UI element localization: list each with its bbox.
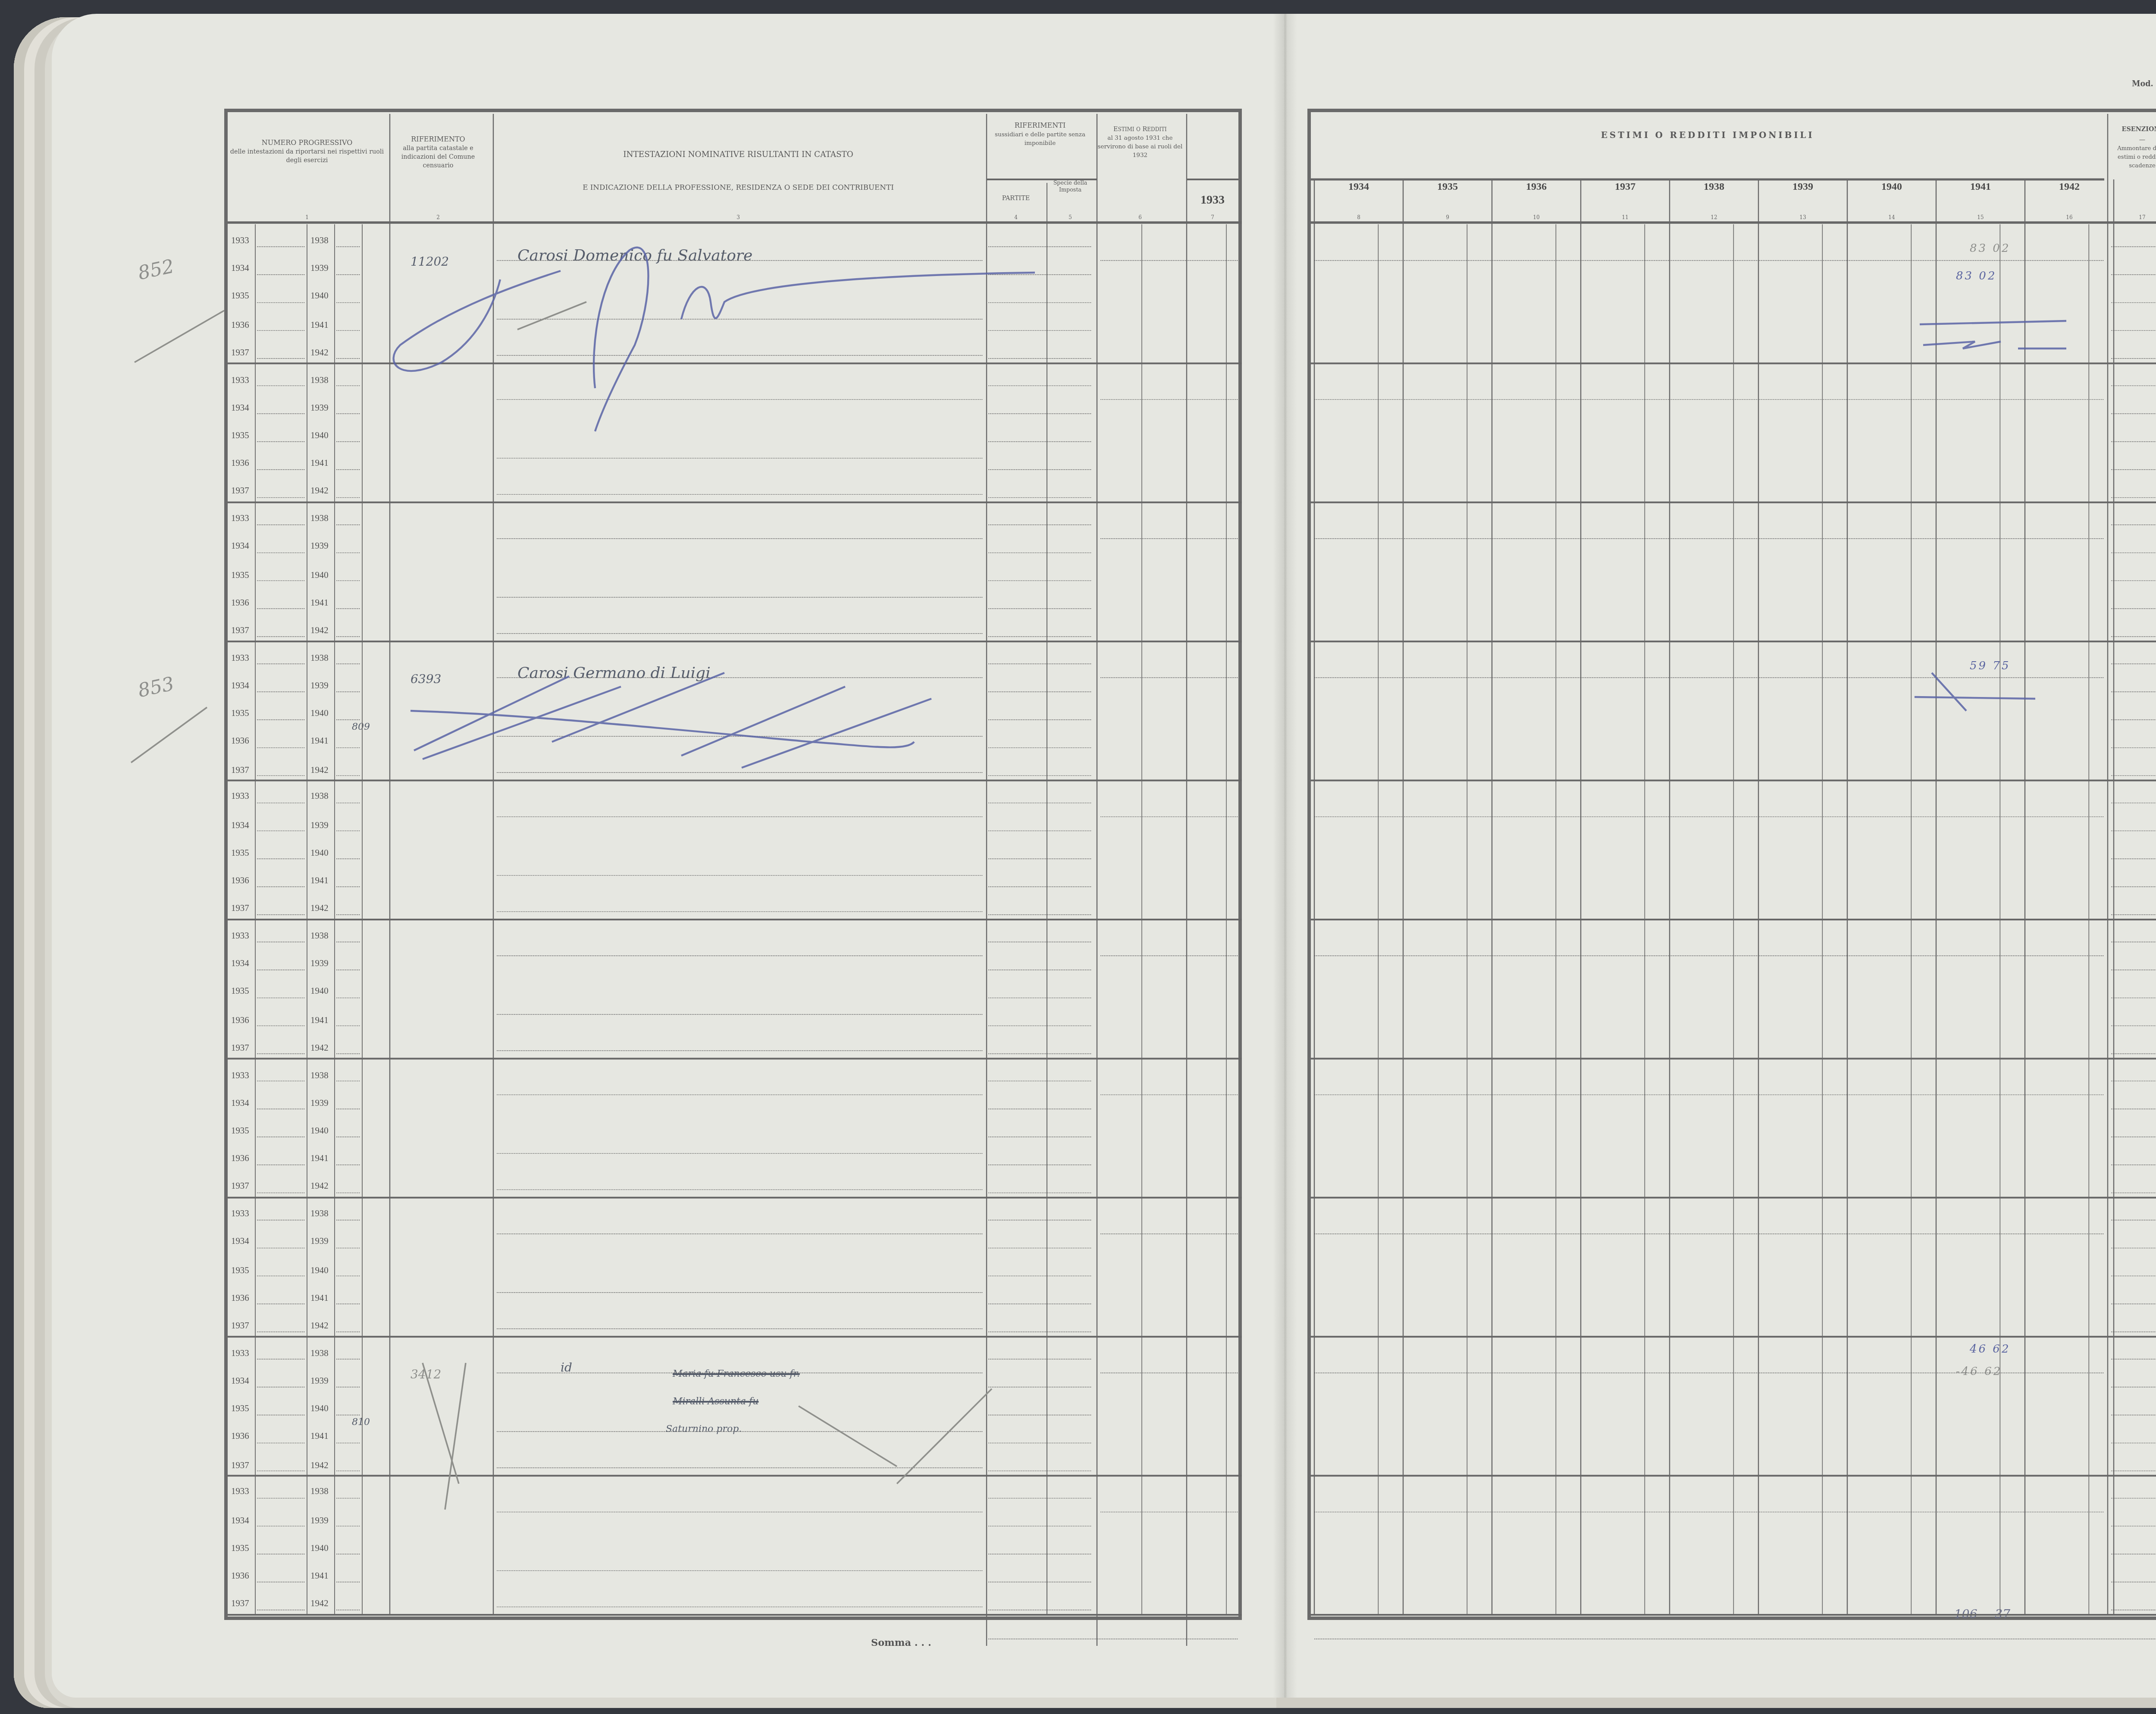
esenzioni-header: ESENZIONI — Ammontare degli estimi o red…: [2108, 124, 2156, 170]
row-year-left: 1935: [231, 1265, 249, 1276]
entry-name: id: [561, 1361, 572, 1375]
year-col-number: 9: [1403, 214, 1492, 221]
row-year-left: 1937: [231, 1043, 249, 1054]
row-year-right: 1940: [310, 292, 329, 303]
row-year-left: 1936: [231, 1015, 249, 1026]
entry-name-line1: Maria fu Francesco usu fr.: [673, 1369, 800, 1380]
row-year-right: 1939: [310, 543, 329, 553]
col3-title: INTESTAZIONI NOMINATIVE RISULTANTI IN CA…: [493, 152, 983, 162]
row-year-left: 1935: [231, 1127, 249, 1137]
ledger-spread: Mod. 111 - Imposte Dirette (Intercalare)…: [0, 0, 2156, 1714]
row-year-right: 1940: [310, 1405, 329, 1415]
entry-name-line3: Saturnino prop.: [666, 1425, 742, 1435]
row-year-right: 1940: [310, 1544, 329, 1554]
row-year-left: 1937: [231, 765, 249, 775]
year-header-1937: 1937: [1581, 183, 1670, 193]
year-col-number: 13: [1758, 214, 1847, 221]
col6-subtitle: al 31 agosto 1931 che servirono di base …: [1097, 135, 1183, 160]
col7-number: 7: [1187, 214, 1238, 221]
year-col-number: 14: [1847, 214, 1936, 221]
row-year-left: 1934: [231, 681, 249, 692]
row-year-left: 1934: [231, 543, 249, 553]
esenzioni-subtitle: Ammontare degli estimi o redditi e scade…: [2108, 145, 2156, 170]
col45-subtitle: sussidiari e delle partite senza imponib…: [987, 131, 1094, 148]
col3-header: INTESTAZIONI NOMINATIVE RISULTANTI IN CA…: [493, 152, 983, 193]
row-year-right: 1942: [310, 904, 329, 915]
row-year-right: 1942: [310, 765, 329, 775]
row-year-right: 1938: [310, 932, 329, 942]
value-1941: 83 02: [1970, 242, 2010, 255]
col4-header: PARTITE: [987, 193, 1045, 204]
right-register-table: [1307, 109, 2156, 1620]
row-year-right: 1941: [310, 876, 329, 887]
row-year-right: 1940: [310, 848, 329, 859]
row-year-left: 1936: [231, 320, 249, 330]
row-year-right: 1942: [310, 487, 329, 498]
row-year-left: 1936: [231, 459, 249, 470]
year-header-1940: 1940: [1847, 183, 1936, 193]
col5-number: 5: [1047, 214, 1094, 221]
book-gutter: [1273, 14, 1297, 1698]
row-year-left: 1934: [231, 1377, 249, 1387]
row-year-left: 1935: [231, 1405, 249, 1415]
row-year-right: 1938: [310, 236, 329, 247]
col6-title: Estimi o Redditi: [1097, 124, 1183, 135]
row-year-left: 1933: [231, 375, 249, 386]
extra-number: 810: [352, 1418, 370, 1428]
value-1941: 59 75: [1970, 659, 2010, 672]
row-year-left: 1935: [231, 988, 249, 998]
row-year-right: 1938: [310, 1349, 329, 1359]
year-header-1938: 1938: [1670, 183, 1758, 193]
row-year-left: 1933: [231, 932, 249, 942]
row-year-right: 1942: [310, 1600, 329, 1610]
row-year-right: 1942: [310, 1043, 329, 1054]
row-year-right: 1940: [310, 709, 329, 720]
row-year-left: 1935: [231, 431, 249, 442]
row-year-left: 1936: [231, 1433, 249, 1443]
row-year-left: 1933: [231, 1349, 249, 1359]
row-year-right: 1939: [310, 1377, 329, 1387]
row-year-right: 1941: [310, 459, 329, 470]
year-col-number: 11: [1581, 214, 1670, 221]
col2-subtitle: alla partita catastale e indicazioni del…: [390, 145, 486, 171]
extra-number: 809: [352, 722, 370, 733]
row-year-right: 1942: [310, 1183, 329, 1193]
col17-number: 17: [2108, 214, 2156, 221]
row-year-left: 1933: [231, 793, 249, 803]
row-year-right: 1939: [310, 264, 329, 275]
col45-title: RIFERIMENTI: [987, 121, 1094, 131]
entry-name: Carosi Domenico fu Salvatore: [517, 248, 752, 266]
value-1941-secondary: 83 02: [1956, 269, 1996, 283]
entry-name: Carosi Germano di Luigi: [517, 666, 711, 683]
row-year-right: 1938: [310, 1070, 329, 1081]
year-col-number: 16: [2025, 214, 2114, 221]
col2-header: RIFERIMENTO alla partita catastale e ind…: [390, 135, 486, 171]
year-col-number: 10: [1492, 214, 1581, 221]
esenzioni-dash: —: [2108, 135, 2156, 145]
row-year-left: 1936: [231, 1572, 249, 1582]
row-year-right: 1939: [310, 960, 329, 970]
col1-subtitle: delle intestazioni da riportarsi nei ris…: [228, 148, 386, 166]
row-year-left: 1933: [231, 653, 249, 664]
row-year-right: 1941: [310, 1015, 329, 1026]
row-year-right: 1941: [310, 1433, 329, 1443]
col1-number: 1: [228, 214, 386, 221]
row-year-left: 1933: [231, 236, 249, 247]
row-year-right: 1938: [310, 793, 329, 803]
row-year-right: 1941: [310, 1155, 329, 1165]
row-year-left: 1933: [231, 515, 249, 525]
year-header-1934: 1934: [1314, 183, 1403, 193]
row-year-left: 1934: [231, 1516, 249, 1526]
row-year-left: 1935: [231, 292, 249, 303]
row-year-right: 1940: [310, 570, 329, 581]
row-year-left: 1937: [231, 626, 249, 637]
year-header-1939: 1939: [1758, 183, 1847, 193]
year-header-1936: 1936: [1492, 183, 1581, 193]
row-year-right: 1942: [310, 626, 329, 637]
row-year-left: 1934: [231, 820, 249, 831]
row-year-right: 1939: [310, 820, 329, 831]
row-year-right: 1939: [310, 681, 329, 692]
row-year-left: 1933: [231, 1488, 249, 1498]
col2-number: 2: [390, 214, 486, 221]
row-year-right: 1938: [310, 375, 329, 386]
row-year-right: 1941: [310, 1293, 329, 1304]
row-year-right: 1941: [310, 598, 329, 609]
row-year-right: 1938: [310, 1210, 329, 1220]
year-header-1941: 1941: [1936, 183, 2025, 193]
year-header-1942: 1942: [2025, 183, 2114, 193]
row-year-left: 1935: [231, 570, 249, 581]
row-year-right: 1941: [310, 320, 329, 330]
row-year-left: 1936: [231, 1155, 249, 1165]
row-year-left: 1937: [231, 348, 249, 358]
row-year-right: 1942: [310, 1322, 329, 1332]
year-col-number: 8: [1314, 214, 1403, 221]
somma-label: Somma . . .: [871, 1639, 931, 1649]
col7-year-header: 1933: [1187, 193, 1238, 207]
row-year-left: 1933: [231, 1070, 249, 1081]
row-year-right: 1940: [310, 1265, 329, 1276]
col3-number: 3: [493, 214, 983, 221]
row-year-left: 1937: [231, 904, 249, 915]
col6-header: Estimi o Redditi al 31 agosto 1931 che s…: [1097, 124, 1183, 160]
row-year-right: 1940: [310, 988, 329, 998]
col1-header: NUMERO PROGRESSIVO delle intestazioni da…: [228, 138, 386, 166]
row-year-right: 1942: [310, 348, 329, 358]
col5-header: Specie della Imposta: [1047, 179, 1094, 194]
row-year-right: 1941: [310, 738, 329, 748]
row-year-right: 1939: [310, 1099, 329, 1109]
partita-number: 3412: [411, 1368, 441, 1381]
col45-header: RIFERIMENTI sussidiari e delle partite s…: [987, 121, 1094, 148]
row-year-left: 1936: [231, 1293, 249, 1304]
value-1941-secondary: -46 62: [1956, 1364, 2002, 1378]
entry-name-line2: Miralli Assunta fu: [673, 1397, 758, 1407]
row-year-right: 1940: [310, 431, 329, 442]
row-year-right: 1938: [310, 653, 329, 664]
row-year-right: 1939: [310, 1516, 329, 1526]
esenzioni-title: ESENZIONI: [2108, 124, 2156, 135]
row-year-left: 1936: [231, 738, 249, 748]
year-col-number: 15: [1936, 214, 2025, 221]
col4-number: 4: [987, 214, 1045, 221]
col6-number: 6: [1097, 214, 1183, 221]
row-year-left: 1934: [231, 1099, 249, 1109]
partita-number: 6393: [411, 672, 441, 686]
row-year-left: 1935: [231, 848, 249, 859]
row-year-right: 1939: [310, 1238, 329, 1248]
row-year-right: 1938: [310, 515, 329, 525]
row-year-left: 1937: [231, 1600, 249, 1610]
partita-number: 11202: [411, 255, 449, 269]
col2-title: RIFERIMENTO: [390, 135, 486, 145]
row-year-right: 1938: [310, 1488, 329, 1498]
row-year-left: 1936: [231, 598, 249, 609]
col3-subtitle: E INDICAZIONE DELLA PROFESSIONE, RESIDEN…: [493, 183, 983, 193]
row-year-right: 1942: [310, 1460, 329, 1471]
value-1941: 46 62: [1970, 1342, 2010, 1356]
somma-1941-value: 106 37: [1954, 1608, 2010, 1622]
row-year-right: 1940: [310, 1127, 329, 1137]
row-year-right: 1939: [310, 403, 329, 414]
year-header-1935: 1935: [1403, 183, 1492, 193]
left-register-table: [224, 109, 1242, 1620]
row-year-left: 1936: [231, 876, 249, 887]
row-year-left: 1937: [231, 1322, 249, 1332]
row-year-left: 1937: [231, 487, 249, 498]
row-year-right: 1941: [310, 1572, 329, 1582]
row-year-left: 1934: [231, 1238, 249, 1248]
row-year-left: 1933: [231, 1210, 249, 1220]
row-year-left: 1937: [231, 1183, 249, 1193]
form-model-label: Mod. 111 - Imposte Dirette (Intercalare)…: [2132, 81, 2156, 90]
row-year-left: 1934: [231, 960, 249, 970]
col1-title: NUMERO PROGRESSIVO: [228, 138, 386, 148]
row-year-left: 1934: [231, 264, 249, 275]
estimi-group-header: ESTIMI O REDDITI IMPONIBILI: [1311, 131, 2104, 141]
year-col-number: 12: [1670, 214, 1758, 221]
row-year-left: 1934: [231, 403, 249, 414]
row-year-left: 1935: [231, 709, 249, 720]
row-year-left: 1937: [231, 1460, 249, 1471]
row-year-left: 1935: [231, 1544, 249, 1554]
